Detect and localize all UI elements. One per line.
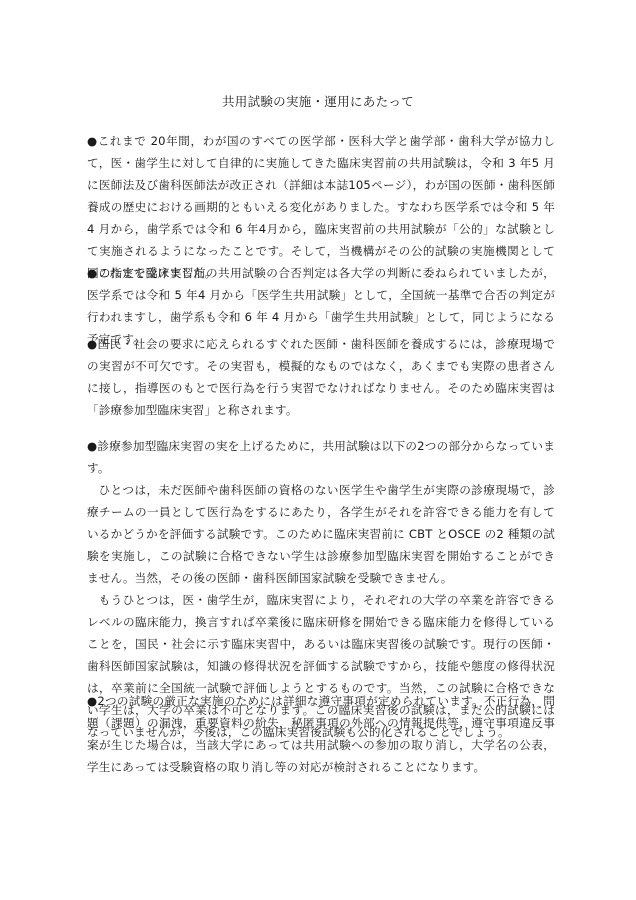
paragraph-two-parts-lead: ●診療参加型臨床実習の実を上げるために，共用試験は以下の2つの部分からなっていま…	[87, 435, 555, 479]
paragraph-compliance: ●2つの試験の厳正な実施のためには詳細な遵守事項が定められています。不正行為，問…	[87, 690, 555, 778]
paragraph-history: ●これまで 20年間，わが国のすべての医学部・医科大学と歯学部・歯科大学が協力し…	[87, 130, 555, 284]
paragraph-part-one: ひとつは，未だ医師や歯科医師の資格のない医学生や歯学生が実際の診療現場で，診療チ…	[87, 479, 555, 589]
paragraph-clinical-practice: ●国民・社会の要求に応えられるすぐれた医師・歯科医師を養成するには，診療現場での…	[87, 333, 555, 421]
document-title: 共用試験の実施・運用にあたって	[0, 92, 636, 110]
